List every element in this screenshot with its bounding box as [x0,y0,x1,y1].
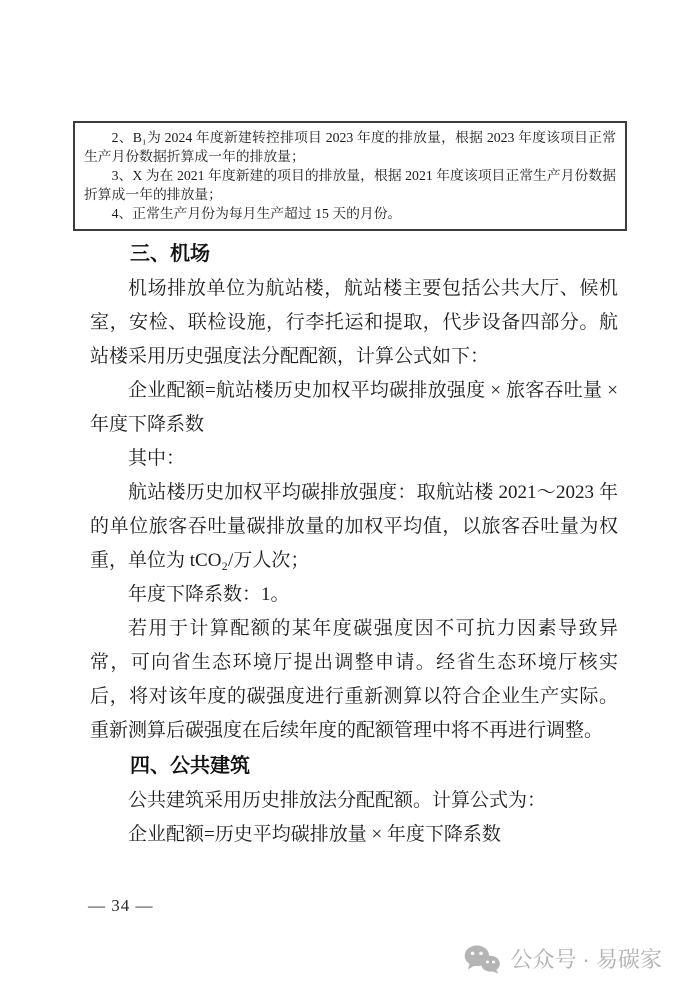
document-page: 2、B₁为 2024 年度新建转控排项目 2023 年度的排放量，根据 2023… [0,0,700,990]
paragraph-public-buildings-intro: 公共建筑采用历史排放法分配配额。计算公式为： [90,784,618,818]
wechat-icon [463,944,501,974]
footnotes-box: 2、B₁为 2024 年度新建转控排项目 2023 年度的排放量，根据 2023… [73,121,627,231]
paragraph-adjustment-rule: 若用于计算配额的某年度碳强度因不可抗力因素导致异常，可向省生态环境厅提出调整申请… [90,612,618,748]
paragraph-decline-factor: 年度下降系数：1。 [90,578,618,612]
watermark: 公众号 · 易碳家 [463,943,662,974]
paragraph-airport-formula: 企业配额=航站楼历史加权平均碳排放强度 × 旅客吞吐量 × 年度下降系数 [90,374,618,442]
watermark-text: 公众号 · 易碳家 [510,943,662,974]
note-item: 4、正常生产月份为每月生产超过 15 天的月份。 [84,204,616,223]
section-heading-airport: 三、机场 [90,236,618,272]
document-body: 三、机场 机场排放单位为航站楼，航站楼主要包括公共大厅、候机室，安检、联检设施，… [90,236,618,852]
page-number: — 34 — [88,896,154,916]
note-item: 3、X 为在 2021 年度新建的项目的排放量，根据 2021 年度该项目正常生… [84,166,616,204]
paragraph-intensity-definition: 航站楼历史加权平均碳排放强度：取航站楼 2021～2023 年的单位旅客吞吐量碳… [90,476,618,578]
paragraph-airport-intro: 机场排放单位为航站楼，航站楼主要包括公共大厅、候机室，安检、联检设施，行李托运和… [90,272,618,374]
section-heading-public-buildings: 四、公共建筑 [90,748,618,784]
note-item: 2、B₁为 2024 年度新建转控排项目 2023 年度的排放量，根据 2023… [84,128,616,166]
paragraph-where-label: 其中： [90,442,618,476]
paragraph-public-buildings-formula: 企业配额=历史平均碳排放量 × 年度下降系数 [90,818,618,852]
